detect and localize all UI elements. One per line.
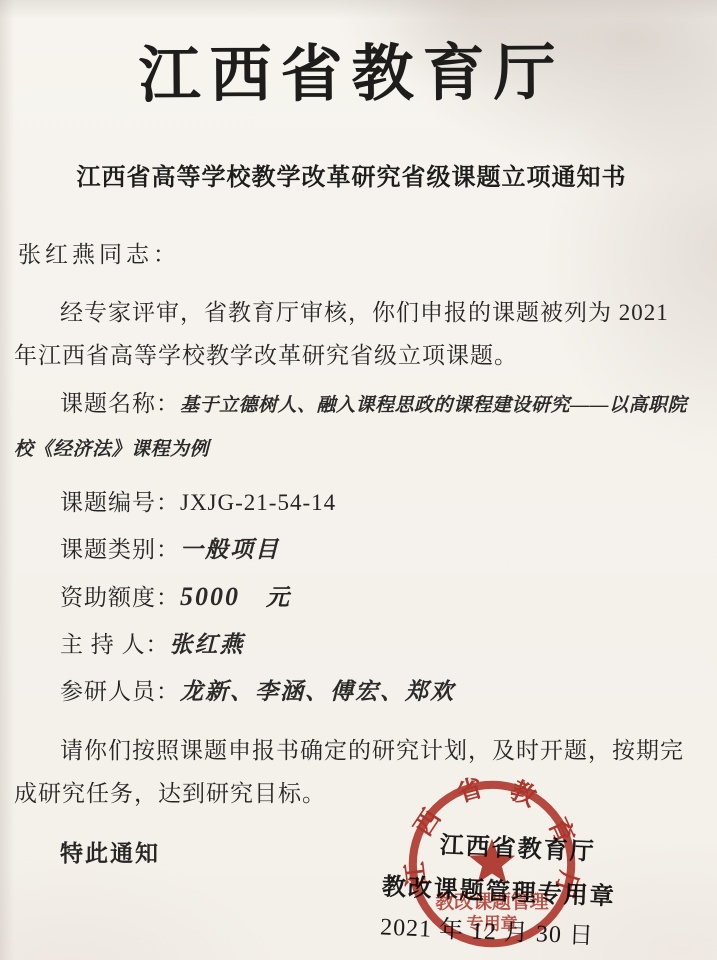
signature-seal-caption: 教改课题管理专用章 bbox=[381, 866, 637, 912]
field-label: 主 持 人： bbox=[60, 632, 170, 657]
signature-org: 江西省教育厅 bbox=[439, 825, 639, 869]
field-grant-amount: 资助额度：5000元 bbox=[60, 582, 689, 613]
field-value-handwritten: 张红燕 bbox=[170, 632, 245, 657]
field-label: 课题名称： bbox=[60, 391, 180, 416]
scanned-notice-page: 江西省教育厅 江西省高等学校教学改革研究省级课题立项通知书 张红燕同志： 经专家… bbox=[0, 0, 717, 960]
signature-text: 江西省教育厅 教改课题管理专用章 2021 年 12 月 30 日 bbox=[380, 822, 640, 952]
signature-block: 江西省教育厅 教改课题管理 专用章 江西省教育厅 教改课题管理专用章 2021 … bbox=[380, 766, 700, 956]
org-title: 江西省教育厅 bbox=[14, 0, 690, 115]
field-project-category: 课题类别：一般项目 bbox=[60, 535, 689, 565]
field-unit: 元 bbox=[266, 585, 290, 610]
intro-paragraph: 经专家评审，省教育厅审核，你们申报的课题被列为 2021 年江西省高等学校教学改… bbox=[14, 291, 689, 377]
field-team-members: 参研人员：龙新、李涵、傅宏、郑欢 bbox=[60, 677, 689, 707]
salutation: 张红燕同志： bbox=[18, 236, 689, 269]
notice-title: 江西省高等学校教学改革研究省级课题立项通知书 bbox=[14, 157, 689, 192]
field-value-handwritten: 一般项目 bbox=[180, 537, 280, 562]
field-label: 课题编号： bbox=[60, 490, 180, 515]
field-label: 资助额度： bbox=[60, 585, 180, 610]
field-label: 课题类别： bbox=[60, 537, 180, 562]
field-project-code: 课题编号：JXJG-21-54-14 bbox=[60, 488, 689, 518]
field-value-handwritten: 5000 bbox=[180, 582, 240, 611]
field-label: 参研人员： bbox=[60, 679, 180, 704]
field-value: JXJG-21-54-14 bbox=[180, 490, 336, 515]
field-project-leader: 主 持 人：张红燕 bbox=[60, 630, 689, 660]
field-project-title: 课题名称：基于立德树人、融入课程思政的课程建设研究——以高职院校《经济法》课程为… bbox=[14, 383, 689, 471]
field-value-handwritten: 龙新、李涵、傅宏、郑欢 bbox=[180, 679, 455, 704]
